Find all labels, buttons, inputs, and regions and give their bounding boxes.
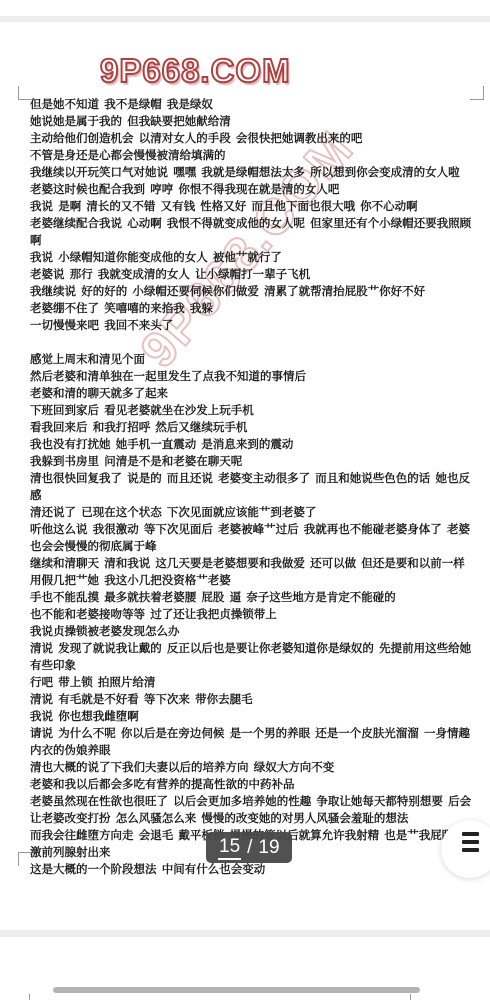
document-page[interactable]: 9P668.COM 9P668.COM 但是她不知道 我不是绿帽 我是绿奴她说她… (0, 22, 490, 930)
paragraph: 然后老婆和清单独在一起里发生了点我不知道的事情后 (30, 369, 472, 386)
next-page-boundary-mark-left (29, 994, 30, 1000)
paragraph: 手也不能乱摸 最多就扶着老婆腰 屁股 逼 奈子这些地方是肯定不能碰的 (30, 590, 472, 607)
paragraph: 老婆继续配合我说 心动啊 我恨不得就变成他的女人呢 但家里还有个小绿帽还要我照顾… (30, 216, 472, 250)
paragraph: 老婆这时候也配合我到 哼哼 你恨不得我现在就是清的女人吧 (30, 182, 472, 199)
paragraph: 行吧 带上锁 拍照片给清 (30, 675, 472, 692)
paragraph: 听他这么说 我很激动 等下次见面后 老婆被峰艹过后 我就再也不能碰老婆身体了 老… (30, 522, 472, 556)
paragraph: 我说贞操锁被老婆发现怎么办 (30, 624, 472, 641)
document-viewer[interactable]: 9P668.COM 9P668.COM 但是她不知道 我不是绿帽 我是绿奴她说她… (0, 0, 490, 1000)
paragraph: 看我回来后 和我打招呼 然后又继续玩手机 (30, 420, 472, 437)
next-page-preview[interactable] (0, 937, 490, 1000)
paragraph: 下班回到家后 看见老婆就坐在沙发上玩手机 (30, 403, 472, 420)
paragraph: 请说 为什么不呢 你以后是在旁边伺候 是一个男的养眼 还是一个皮肤光溜溜 一身情… (30, 726, 472, 760)
site-logo: 9P668.COM (100, 52, 291, 90)
paragraph: 也不能和老婆接吻等等 过了还让我把贞操锁带上 (30, 607, 472, 624)
paragraph: 但是她不知道 我不是绿帽 我是绿奴 (30, 97, 472, 114)
page-separator-gap (0, 930, 490, 937)
paragraph: 我躲到书房里 问清是不是和老婆在聊天呢 (30, 454, 472, 471)
paragraph: 清也大概的说了下我们夫妻以后的培养方向 绿奴大方向不变 (30, 760, 472, 777)
paragraph: 老婆和清的聊天就多了起来 (30, 386, 472, 403)
paragraph: 感觉上周末和清见个面 (30, 352, 472, 369)
paragraph: 清说 发现了就说我让戴的 反正以后也是要让你老婆知道你是绿奴的 先提前用这些给她… (30, 641, 472, 675)
menu-fab-button[interactable] (441, 820, 490, 878)
paragraph: 清说 有毛就是不好看 等下次来 带你去腿毛 (30, 692, 472, 709)
total-page-count: 19 (258, 837, 279, 859)
paragraph: 清还说了 已现在这个状态 下次见面就应该能艹到老婆了 (30, 505, 472, 522)
paragraph: 她说她是属于我的 但我缺要把她献给清 (30, 114, 472, 131)
next-page-boundary-mark-right (410, 994, 411, 1000)
paragraph: 我说 小绿帽知道你能变成他的女人 被他艹就行了 (30, 250, 472, 267)
paragraph: 不管是身还是心都会慢慢被清给填满的 (30, 148, 472, 165)
paragraph: 我继续说 好的好的 小绿帽还要伺候你们做爱 清累了就帮清抬屁股艹你好不好 (30, 284, 472, 301)
paragraph: 老婆和我以后都会多吃有营养的提高性欲的中药补品 (30, 777, 472, 794)
text-boundary-mark-top-right (470, 86, 484, 100)
paragraph: 老婆虽然现在性欲也很旺了 以后会更加多培养她的性趣 争取让她每天都特别想要 后会… (30, 794, 472, 828)
paragraph: 我继续以开玩笑口气对她说 嘿嘿 我就是绿帽想法太多 所以想到你会变成清的女人啦 (30, 165, 472, 182)
paragraph: 清也很快回复我了 说是的 而且还说 老婆变主动很多了 而且和她说些色色的话 她也… (30, 471, 472, 505)
page-number-separator: / (247, 837, 252, 859)
content-divider-bar (53, 987, 420, 993)
paragraph: 继续和清聊天 清和我说 这几天要是老婆想要和我做爱 还可以做 但还是要和以前一样… (30, 556, 472, 590)
paragraph: 老婆说 那行 我就变成清的女人 让小绿帽打一辈子飞机 (30, 267, 472, 284)
page-indicator-toast[interactable]: 15 / 19 (206, 832, 292, 863)
paragraph: 这是大概的一个阶段想法 中间有什么也会变动 (30, 862, 472, 879)
blank-line (30, 335, 472, 352)
paragraph: 一切慢慢来吧 我回不来头了 (30, 318, 472, 335)
paragraph: 老婆绷不住了 笑嘻嘻的来掐我 我躲 (30, 301, 472, 318)
paragraph: 我也没有打扰她 她手机一直震动 是消息来到的震动 (30, 437, 472, 454)
document-text: 但是她不知道 我不是绿帽 我是绿奴她说她是属于我的 但我缺要把她献给清主动给他们… (30, 97, 472, 879)
current-page-number: 15 (218, 836, 241, 860)
paragraph: 我说 你也想我雌堕啊 (30, 709, 472, 726)
paragraph: 主动给他们创造机会 以清对女人的手段 会很快把她调教出来的吧 (30, 131, 472, 148)
paragraph: 我说 是啊 清长的又不错 又有钱 性格又好 而且他下面也很大哦 你不心动啊 (30, 199, 472, 216)
